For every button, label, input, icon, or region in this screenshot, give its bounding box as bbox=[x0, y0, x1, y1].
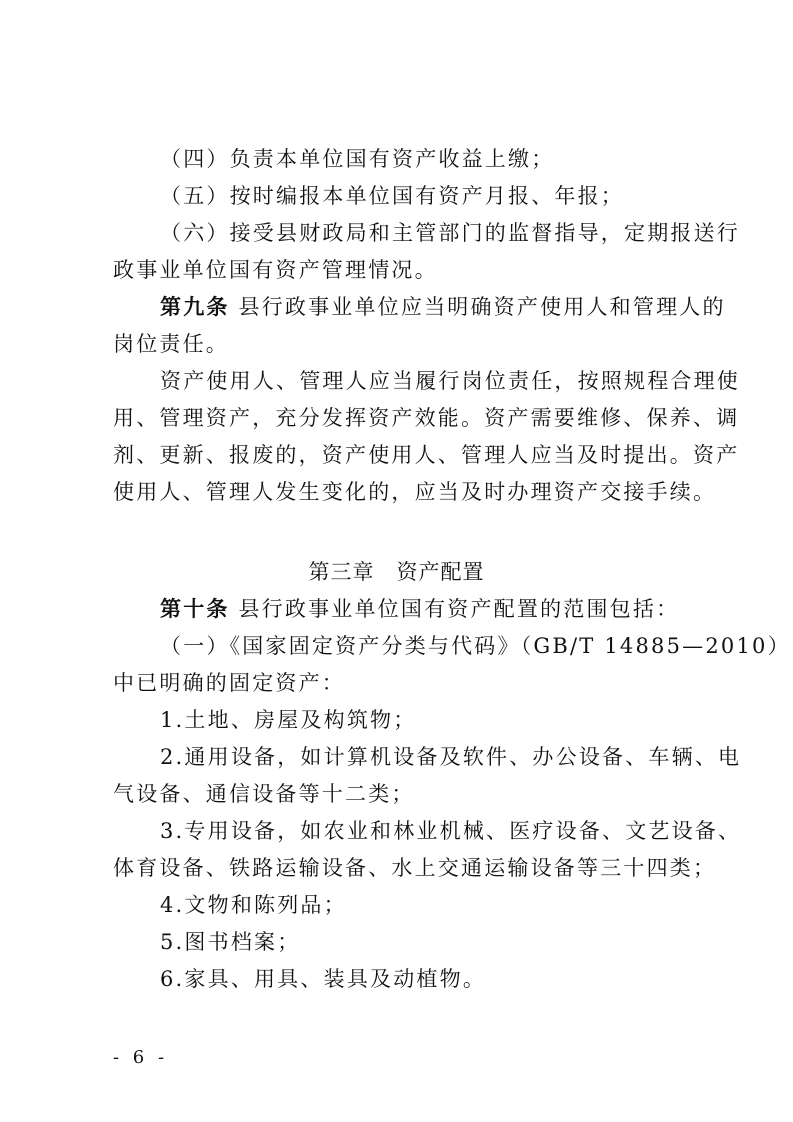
list-item-6: （六）接受县财政局和主管部门的监督指导，定期报送行 bbox=[160, 221, 683, 245]
article-label: 第十条 bbox=[160, 597, 230, 621]
list-item-1-cont: 中已明确的固定资产： bbox=[113, 671, 683, 695]
article-text: 县行政事业单位应当明确资产使用人和管理人的 bbox=[230, 295, 726, 319]
sub-item-2: 2.通用设备，如计算机设备及软件、办公设备、车辆、电 bbox=[160, 745, 683, 769]
sub-item-1: 1.土地、房屋及构筑物； bbox=[160, 708, 683, 732]
article-text: 县行政事业单位国有资产配置的范围包括： bbox=[230, 597, 680, 621]
page-number: - 6 - bbox=[113, 1047, 168, 1068]
list-item-6-cont: 政事业单位国有资产管理情况。 bbox=[113, 258, 683, 282]
paragraph-line: 剂、更新、报废的，资产使用人、管理人应当及时提出。资产 bbox=[113, 443, 683, 467]
article-10: 第十条 县行政事业单位国有资产配置的范围包括： bbox=[160, 597, 683, 621]
paragraph-line: 用、管理资产，充分发挥资产效能。资产需要维修、保养、调 bbox=[113, 406, 683, 430]
paragraph-line: 使用人、管理人发生变化的，应当及时办理资产交接手续。 bbox=[113, 480, 683, 504]
article-9: 第九条 县行政事业单位应当明确资产使用人和管理人的 bbox=[160, 295, 683, 319]
sub-item-6: 6.家具、用具、装具及动植物。 bbox=[160, 967, 683, 991]
list-item-4: （四）负责本单位国有资产收益上缴； bbox=[160, 147, 683, 171]
sub-item-3-cont: 体育设备、铁路运输设备、水上交通运输设备等三十四类； bbox=[113, 856, 683, 880]
article-label: 第九条 bbox=[160, 295, 230, 319]
list-item-5: （五）按时编报本单位国有资产月报、年报； bbox=[160, 184, 683, 208]
sub-item-5: 5.图书档案； bbox=[160, 930, 683, 954]
paragraph-line: 资产使用人、管理人应当履行岗位责任，按照规程合理使 bbox=[160, 369, 683, 393]
sub-item-4: 4.文物和陈列品； bbox=[160, 893, 683, 917]
chapter-heading: 第三章 资产配置 bbox=[0, 560, 793, 584]
sub-item-3: 3.专用设备，如农业和林业机械、医疗设备、文艺设备、 bbox=[160, 819, 683, 843]
list-item-1: （一）《国家固定资产分类与代码》（GB/T 14885—2010） bbox=[160, 634, 683, 658]
sub-item-2-cont: 气设备、通信设备等十二类； bbox=[113, 782, 683, 806]
article-9-cont: 岗位责任。 bbox=[113, 332, 683, 356]
